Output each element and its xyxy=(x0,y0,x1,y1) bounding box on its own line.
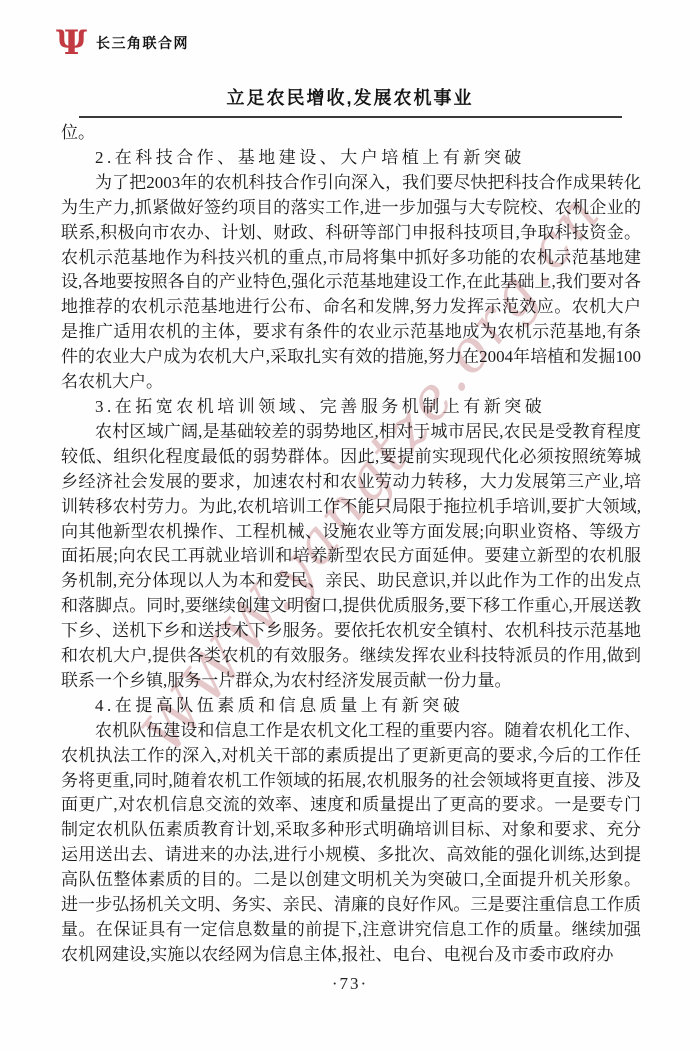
trident-psi-logo-icon: Ψ xyxy=(56,26,87,60)
page-title: 立足农民增收,发展农机事业 xyxy=(0,84,700,110)
site-logo: Ψ 长三角联合网 xyxy=(56,26,189,60)
document-body: 位。 2.在科技合作、基地建设、大户培植上有新突破 为了把2003年的农机科技合… xyxy=(61,121,641,968)
section-heading-4: 4.在提高队伍素质和信息质量上有新突破 xyxy=(61,694,641,719)
section-3-paragraph: 农村区域广阔,是基础较差的弱势地区,相对于城市居民,农民是受教育程度较低、组织化… xyxy=(61,420,641,694)
section-4-paragraph: 农机队伍建设和信息工作是农机文化工程的重要内容。随着农机化工作、农机执法工作的深… xyxy=(61,719,641,968)
section-heading-2: 2.在科技合作、基地建设、大户培植上有新突破 xyxy=(61,146,641,171)
site-name: 长三角联合网 xyxy=(96,33,189,53)
section-2-paragraph: 为了把2003年的农机科技合作引向深入，我们要尽快把科技合作成果转化为生产力,抓… xyxy=(61,171,641,395)
title-divider xyxy=(79,116,622,118)
continuation-line: 位。 xyxy=(61,121,641,146)
page-number: ·73· xyxy=(0,974,700,994)
section-heading-3: 3.在拓宽农机培训领域、完善服务机制上有新突破 xyxy=(61,395,641,420)
document-page: Ψ 长三角联合网 立足农民增收,发展农机事业 WWW.yangtze.org.c… xyxy=(0,0,700,1050)
